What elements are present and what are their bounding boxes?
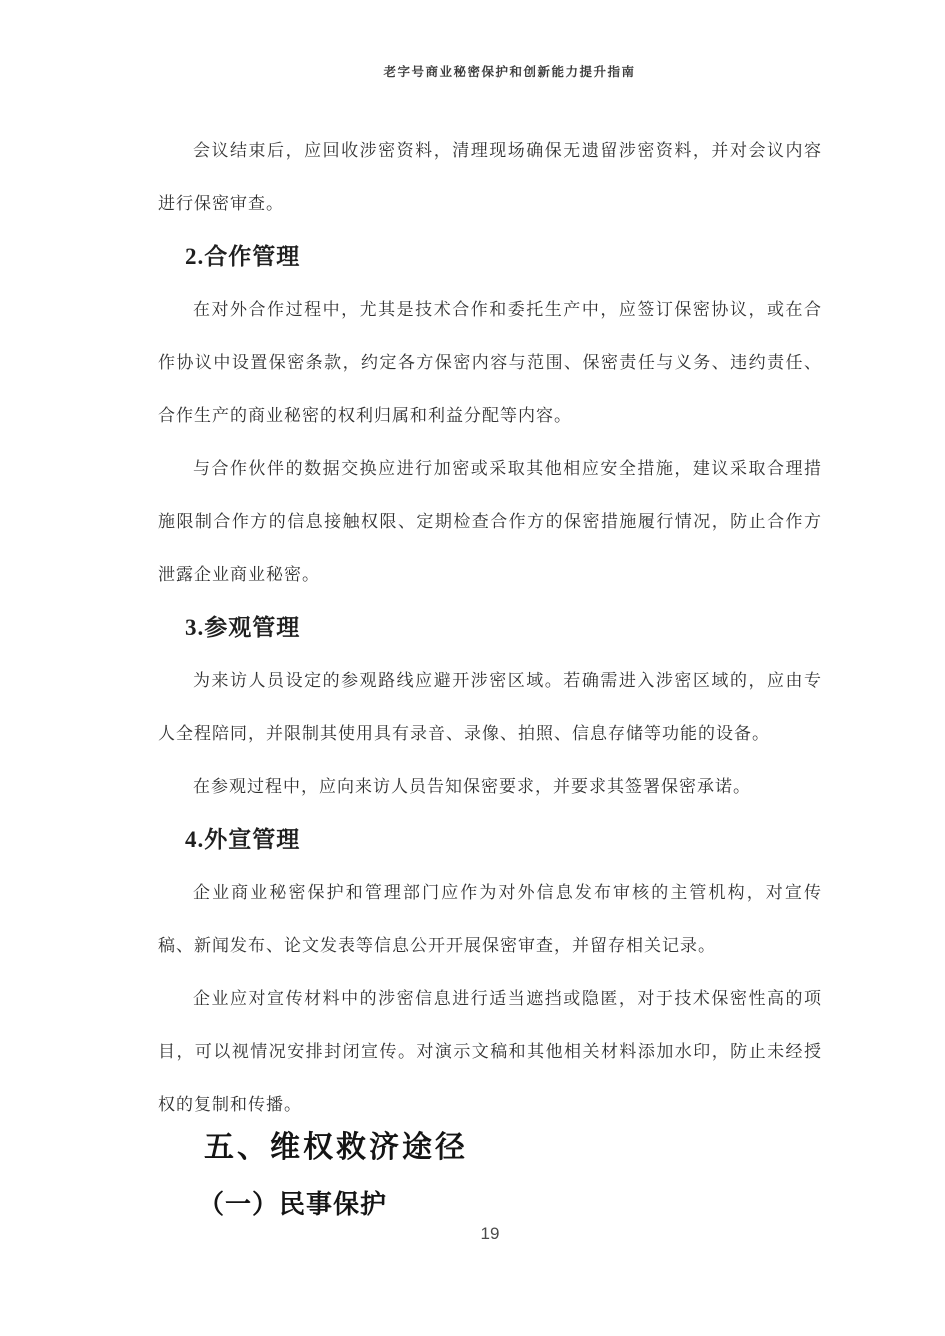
document-page: 老字号商业秘密保护和创新能力提升指南 会议结束后，应回收涉密资料，清理现场确保无… [0,0,945,1336]
numbered-heading-cooperation-management: 2.合作管理 [185,230,822,283]
running-header: 老字号商业秘密保护和创新能力提升指南 [37,62,945,80]
numbered-heading-visit-management: 3.参观管理 [185,601,822,654]
body-paragraph: 为来访人员设定的参观路线应避开涉密区域。若确需进入涉密区域的，应由专人全程陪同，… [158,654,822,760]
body-paragraph: 在参观过程中，应向来访人员告知保密要求，并要求其签署保密承诺。 [158,760,822,813]
body-paragraph: 企业商业秘密保护和管理部门应作为对外信息发布审核的主管机构，对宣传稿、新闻发布、… [158,866,822,972]
page-number: 19 [158,1224,822,1244]
body-paragraph: 在对外合作过程中，尤其是技术合作和委托生产中，应签订保密协议，或在合作协议中设置… [158,283,822,442]
body-paragraph: 会议结束后，应回收涉密资料，清理现场确保无遗留涉密资料，并对会议内容进行保密审查… [158,124,822,230]
numbered-heading-publicity-management: 4.外宣管理 [185,813,822,866]
body-paragraph: 与合作伙伴的数据交换应进行加密或采取其他相应安全措施，建议采取合理措施限制合作方… [158,442,822,601]
body-paragraph: 企业应对宣传材料中的涉密信息进行适当遮挡或隐匿，对于技术保密性高的项目，可以视情… [158,972,822,1131]
page-body: 会议结束后，应回收涉密资料，清理现场确保无遗留涉密资料，并对会议内容进行保密审查… [158,124,822,1233]
chapter-heading-rights-remedies: 五、维权救济途径 [204,1119,822,1177]
